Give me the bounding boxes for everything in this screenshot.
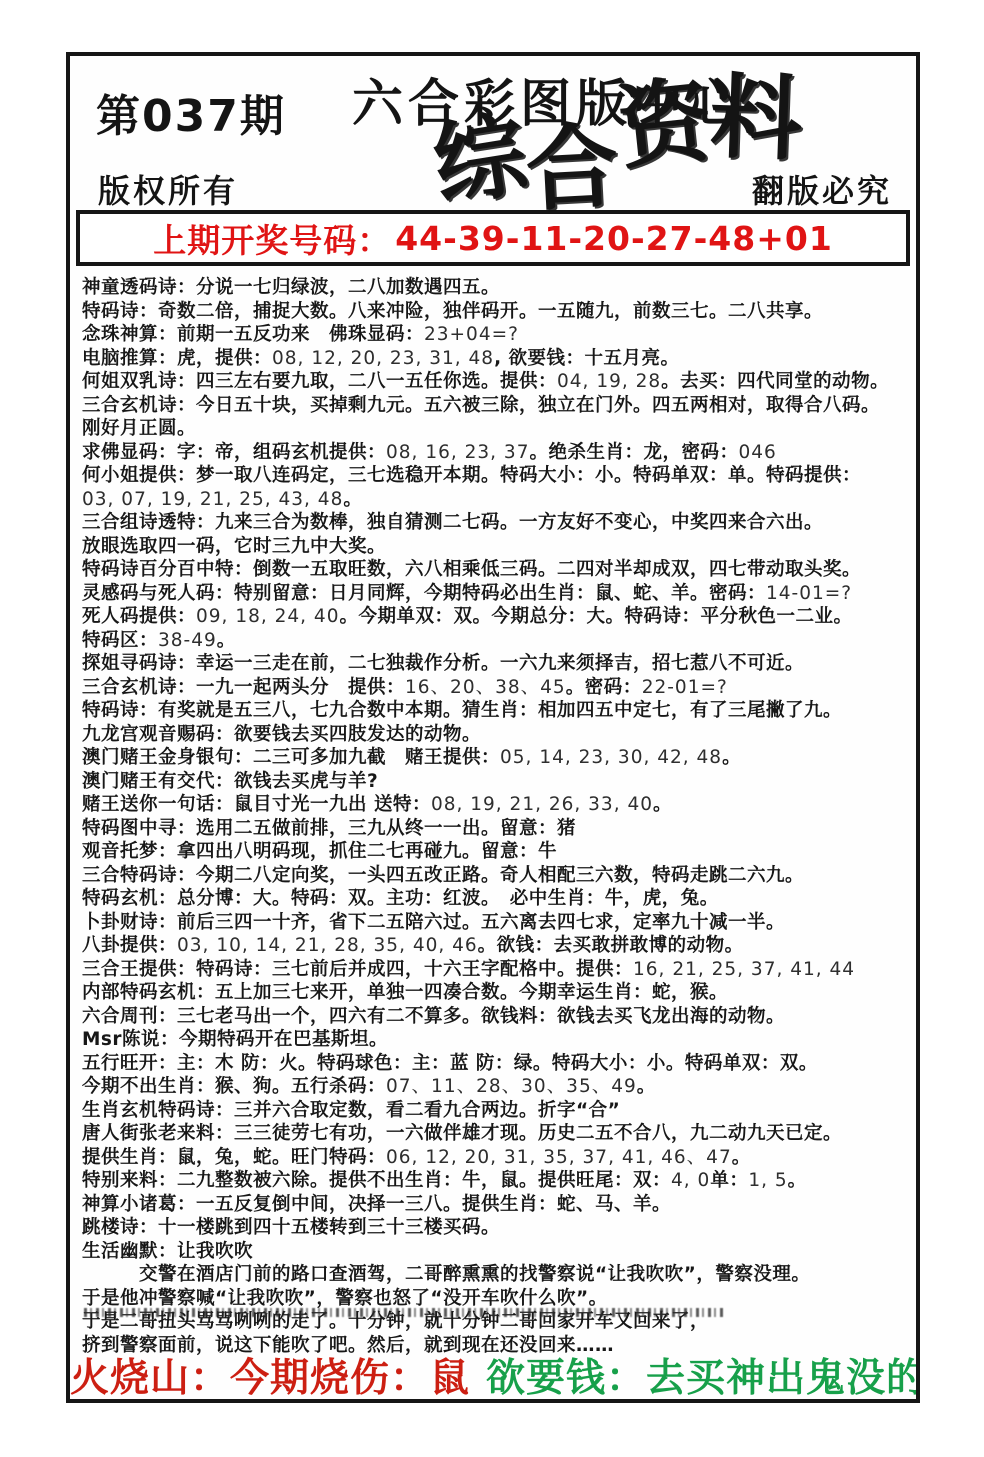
body-line: 何姐双乳诗：四三左右要九取，二八一五任你选。提供：04, 19, 28。去买：四…: [82, 370, 904, 394]
body-lines: 神童透码诗：分说一七归绿波，二八加数遇四五。特码诗：奇数二倍，捕捉大数。八来冲险…: [70, 266, 916, 1357]
body-line: 灵感码与死人码：特别留意：日月同辉，今期特码必出生肖：鼠、蛇、羊。密码：14-0…: [82, 582, 904, 606]
copyright-left: 版权所有: [98, 166, 238, 212]
body-line: 三合王提供：特码诗：三七前后并成四，十六王字配格中。提供：16, 21, 25,…: [82, 958, 904, 982]
body-line: 特别来料：二九整数被六除。提供不出生肖：牛，鼠。提供旺尾：双：4, 0单：1, …: [82, 1169, 904, 1193]
body-line: 三合玄机诗：一九一起两头分 提供：16、20、38、45。密码：22-01=?: [82, 676, 904, 700]
body-line: 八卦提供：03, 10, 14, 21, 28, 35, 40, 46。欲钱：去…: [82, 934, 904, 958]
body-line: 刚好月正圆。: [82, 417, 904, 441]
body-line: 放眼选取四一码，它时三九中大奖。: [82, 535, 904, 559]
copyright-right: 翻版必究: [752, 166, 892, 212]
body-line: 六合周刊：三七老马出一个，四六有二不算多。欲钱料：欲钱去买飞龙出海的动物。: [82, 1005, 904, 1029]
body-line: 电脑推算：虎，提供：08, 12, 20, 23, 31, 48, 欲要钱：十五…: [82, 347, 904, 371]
body-line: 特码诗：奇数二倍，捕捉大数。八来冲险，独伴码开。一五随九，前数三七。二八共享。: [82, 300, 904, 324]
body-line: 神童透码诗：分说一七归绿波，二八加数遇四五。: [82, 276, 904, 300]
body-line: 探姐寻码诗：幸运一三走在前，二七独裁作分析。一六九来须择吉，招七惹八不可近。: [82, 652, 904, 676]
body-line: 唐人街张老来料：三三徒劳七有功，一六做伴雄才现。历史二五不合八，九二动九天已定。: [82, 1122, 904, 1146]
bottom-banner-green: 欲要钱：去买神出鬼没的动物: [486, 1356, 920, 1401]
last-draw-label: 上期开奖号码：: [153, 215, 391, 262]
body-line: 观音托梦：拿四出八明码现，抓住二七再碰九。留意：牛: [82, 840, 904, 864]
page-frame: 第037期 六合彩图版中心 综合资料 版权所有 翻版必究 上期开奖号码： 44-…: [66, 52, 920, 1403]
body-line: 交警在酒店门前的路口查酒驾，二哥醉熏熏的找警察说“让我吹吹”，警察没理。: [82, 1263, 904, 1287]
site-title: 六合彩图版中心: [240, 62, 856, 136]
body-line: 求佛显码：字：帝，组码玄机提供：08, 16, 23, 37。绝杀生肖：龙，密码…: [82, 441, 904, 465]
body-line: 何小姐提供：梦一取八连码定，三七选稳开本期。特码大小：小。特码单双：单。特码提供…: [82, 464, 904, 488]
body-line: 神算小诸葛：一五反复倒中间，决择一三八。提供生肖：蛇、马、羊。: [82, 1193, 904, 1217]
body-line: 念珠神算：前期一五反功来 佛珠显码：23+04=?: [82, 323, 904, 347]
body-line: 提供生肖：鼠，兔，蛇。旺门特码：06, 12, 20, 31, 35, 37, …: [82, 1146, 904, 1170]
last-draw-numbers: 44-39-11-20-27-48+01: [395, 219, 833, 258]
last-draw-box: 上期开奖号码： 44-39-11-20-27-48+01: [76, 210, 910, 266]
body-line: 今期不出生肖：猴、狗。五行杀码：07、11、28、30、35、49。: [82, 1075, 904, 1099]
bottom-banner-red: 火烧山：今期烧伤：鼠: [70, 1356, 470, 1401]
body-line: 五行旺开：主：木 防：火。特码球色：主：蓝 防：绿。特码大小：小。特码单双：双。: [82, 1052, 904, 1076]
body-line: 三合玄机诗：今日五十块，买掉剩九元。五六被三除，独立在门外。四五两相对，取得合八…: [82, 394, 904, 418]
body-line: 九龙宫观音赐码：欲要钱去买四肢发达的动物。: [82, 723, 904, 747]
bottom-banner: 火烧山：今期烧伤：鼠欲要钱：去买神出鬼没的动物: [70, 1359, 916, 1399]
body-line: 特码玄机：总分博：大。特码：双。主功：红波。 必中生肖：牛，虎，兔。: [82, 887, 904, 911]
body-line: 挤到警察面前，说这下能吹了吧。然后，就到现在还没回来……: [82, 1334, 904, 1358]
body-line: 三合组诗透特：九来三合为数棒，独自猜测二七码。一方友好不变心，中奖四来合六出。: [82, 511, 904, 535]
body-line: 特码区：38-49。: [82, 629, 904, 653]
body-line: 特码图中寻：选用二五做前排，三九从终一一出。留意：猪: [82, 817, 904, 841]
body-line: 内部特码玄机：五上加三七来开，单独一四凑合数。今期幸运生肖：蛇，猴。: [82, 981, 904, 1005]
body-line: 澳门赌王金身银句：二三可多加九截 赌王提供：05, 14, 23, 30, 42…: [82, 746, 904, 770]
body-line: 于是他冲警察喊“让我吹吹”，警察也怒了“没开车吹什么吹”。: [82, 1287, 904, 1311]
body-line: 三合特码诗：今期二八定向奖，一头四五改正路。奇人相配三六数，特码走跳二六九。: [82, 864, 904, 888]
body-line: 生活幽默：让我吹吹: [82, 1240, 904, 1264]
body-line: 澳门赌王有交代：欲钱去买虎与羊?: [82, 770, 904, 794]
body-line: 特码诗：有奖就是五三八，七九合数中本期。猜生肖：相加四五中定七，有了三尾撇了九。: [82, 699, 904, 723]
body-line: 于是二哥扭头骂骂咧咧的走了。十分钟，就十分钟二哥回家开车又回来了，: [82, 1310, 904, 1334]
body-line: 卜卦财诗：前后三四一十齐，省下二五陪六过。五六离去四七求，定率九十减一半。: [82, 911, 904, 935]
body-line: Msr陈说：今期特码开在巴基斯坦。: [82, 1028, 904, 1052]
body-line: 赌王送你一句话：鼠目寸光一九出 送特：08, 19, 21, 26, 33, 4…: [82, 793, 904, 817]
body-line: 死人码提供：09, 18, 24, 40。今期单双：双。今期总分：大。特码诗：平…: [82, 605, 904, 629]
body-line: 03, 07, 19, 21, 25, 43, 48。: [82, 488, 904, 512]
scanned-lottery-sheet: { "header": { "issue": "第037期", "site_ti…: [0, 0, 984, 1457]
header: 第037期 六合彩图版中心 综合资料 版权所有 翻版必究: [70, 56, 916, 210]
body-line: 生肖玄机特码诗：三并六合取定数，看二看九合两边。折字“合”: [82, 1099, 904, 1123]
body-line: 跳楼诗：十一楼跳到四十五楼转到三十三楼买码。: [82, 1216, 904, 1240]
body-line: 特码诗百分百中特：倒数一五取旺数，六八相乘低三码。二四对半却成双，四七带动取头奖…: [82, 558, 904, 582]
